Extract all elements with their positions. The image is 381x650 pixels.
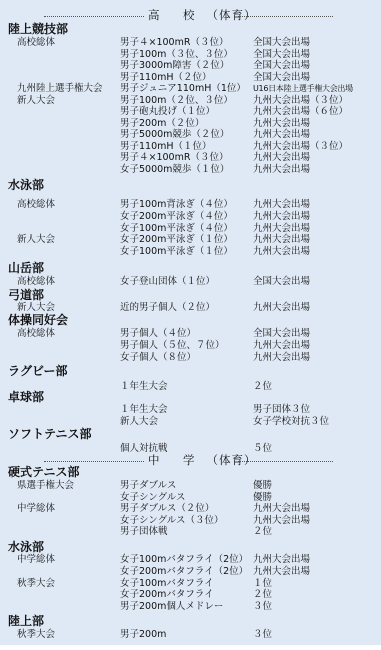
meet-name: 秋季大会 xyxy=(17,578,55,590)
event-name: 男子110mH（２位） xyxy=(120,72,212,84)
meet-name: 中学総体 xyxy=(17,503,55,515)
result-text: 九州大会出場 xyxy=(253,234,310,246)
club-heading: 卓球部 xyxy=(8,390,44,404)
club-heading: 硬式テニス部 xyxy=(8,465,80,479)
event-name: 女子個人（８位） xyxy=(120,352,196,364)
event-name: 女子登山団体（１位） xyxy=(120,276,215,288)
result-text: 九州大会出場 xyxy=(253,118,310,130)
result-text: 全国大会出場 xyxy=(253,72,310,84)
event-name: 男子200m xyxy=(120,629,166,641)
results-page: 高 校（体育） 陸上競技部 高校総体男子４×100mR（３位）全国大会出場 男子… xyxy=(0,0,381,645)
result-row: 高校総体男子４×100mR（３位）全国大会出場 xyxy=(0,37,381,49)
result-row: 女子100m平泳ぎ（１位）九州大会出場 xyxy=(0,246,381,258)
result-row: 九州陸上選手権大会男子ジュニア110mH（1位）U16日本陸上選手権大会出場 xyxy=(0,83,381,95)
result-row: 秋季大会男子200m３位 xyxy=(0,629,381,641)
result-row: 女子200m平泳ぎ（４位）九州大会出場 xyxy=(0,211,381,223)
event-name: 男子ダブルス（２位） xyxy=(120,503,214,515)
event-name: 女子100mバタフライ（2位） xyxy=(120,554,248,566)
result-row: 女子200mバタフライ２位 xyxy=(0,589,381,601)
meet-name: 新人大会 xyxy=(17,234,55,246)
result-row: 高校総体男子100m背泳ぎ（４位）九州大会出場 xyxy=(0,199,381,211)
result-row: 男子団体戦２位 xyxy=(0,526,381,538)
meet-name: 高校総体 xyxy=(17,37,55,49)
meet-name: 高校総体 xyxy=(17,328,55,340)
event-name: 男子ダブルス xyxy=(120,480,176,492)
result-text: 全国大会出場 xyxy=(253,60,310,72)
result-row: 男子200m（２位）九州大会出場 xyxy=(0,118,381,130)
result-row: 男子砲丸投げ（１位）九州大会出場（６位） xyxy=(0,106,381,118)
section-title: 高 校（体育） xyxy=(148,8,257,22)
section-header-high-school: 高 校（体育） xyxy=(0,8,381,22)
event-name: 女子200mバタフライ（2位） xyxy=(120,566,248,578)
result-row: 女子100m平泳ぎ（４位）九州大会出場 xyxy=(0,223,381,235)
event-name: 男子団体戦 xyxy=(120,526,168,538)
result-text: 優勝 xyxy=(253,492,272,504)
event-name: 女子100mバタフライ xyxy=(120,578,214,590)
result-row: 県選手権大会男子ダブルス優勝 xyxy=(0,480,381,492)
result-text: 九州大会出場 xyxy=(253,211,310,223)
event-name: 男子100m背泳ぎ（４位） xyxy=(120,199,233,211)
result-row: 新人大会女子200m平泳ぎ（１位）九州大会出場 xyxy=(0,234,381,246)
result-text: 九州大会出場（６位） xyxy=(253,106,348,118)
result-text: 全国大会出場 xyxy=(253,37,310,49)
result-text: 九州大会出場 xyxy=(253,199,310,211)
dotted-leader-right xyxy=(238,16,333,17)
meet-name: 秋季大会 xyxy=(17,629,55,641)
result-text: U16日本陸上選手権大会出場 xyxy=(253,83,353,95)
result-row: 男子個人（５位、７位）九州大会出場 xyxy=(0,340,381,352)
meet-name: 高校総体 xyxy=(17,199,55,211)
event-name: 男子100m（３位、３位） xyxy=(120,49,233,61)
result-row: 男子110mH（２位）全国大会出場 xyxy=(0,72,381,84)
result-text: 男子団体３位 xyxy=(253,404,310,416)
club-heading: ラグビー部 xyxy=(8,364,68,378)
result-row: 女子200mバタフライ（2位）九州大会出場 xyxy=(0,566,381,578)
event-name: 男子5000m競歩（２位） xyxy=(120,129,229,141)
club-heading: 陸上部 xyxy=(8,614,44,628)
result-text: 九州大会出場 xyxy=(253,164,310,176)
result-text: 九州大会出場 xyxy=(253,503,310,515)
result-row: 男子3000m障害（２位）全国大会出場 xyxy=(0,60,381,72)
result-text: 九州大会出場 xyxy=(253,515,310,527)
result-row: 男子100m（３位、３位）全国大会出場 xyxy=(0,49,381,61)
result-row: 中学総体女子100mバタフライ（2位）九州大会出場 xyxy=(0,554,381,566)
event-name: 近的男子個人（２位） xyxy=(120,302,215,314)
result-text: 九州大会出場 xyxy=(253,152,310,164)
result-row: 高校総体男子個人（４位）全国大会出場 xyxy=(0,328,381,340)
meet-name: 高校総体 xyxy=(17,276,55,288)
result-text: 九州大会出場 xyxy=(253,129,310,141)
event-name: 女子200m平泳ぎ（１位） xyxy=(120,234,233,246)
result-row: 女子シングルス優勝 xyxy=(0,492,381,504)
result-row: 男子４×100mR（３位）九州大会出場 xyxy=(0,152,381,164)
event-name: 男子ジュニア110mH（1位） xyxy=(120,83,246,95)
result-text: ２位 xyxy=(253,526,272,538)
result-text: 優勝 xyxy=(253,480,272,492)
result-text: 九州大会出場 xyxy=(253,302,310,314)
event-name: 男子４×100mR（３位） xyxy=(120,152,228,164)
result-text: 九州大会出場（３位） xyxy=(253,141,348,153)
result-row: 新人大会男子100m（２位、３位）九州大会出場（３位） xyxy=(0,95,381,107)
event-name: 女子200m平泳ぎ（４位） xyxy=(120,211,233,223)
result-row: 男子5000m競歩（２位）九州大会出場 xyxy=(0,129,381,141)
result-row: 女子シングルス（３位）九州大会出場 xyxy=(0,515,381,527)
event-name: 女子100m平泳ぎ（１位） xyxy=(120,246,233,258)
result-row: 男子200m個人メドレー３位 xyxy=(0,601,381,613)
event-name: 男子110mH（１位） xyxy=(120,141,212,153)
result-row: 中学総体男子ダブルス（２位）九州大会出場 xyxy=(0,503,381,515)
result-row: 女子個人（８位）九州大会出場 xyxy=(0,352,381,364)
event-name: 新人大会 xyxy=(120,416,158,428)
dotted-leader-left xyxy=(44,461,144,462)
club-heading: 水泳部 xyxy=(8,540,44,554)
dotted-leader-left xyxy=(44,16,144,17)
result-row: 秋季大会女子100mバタフライ１位 xyxy=(0,578,381,590)
meet-name: 新人大会 xyxy=(17,95,55,107)
result-text: ３位 xyxy=(253,601,272,613)
event-name: 男子200m個人メドレー xyxy=(120,601,223,613)
dotted-leader-right xyxy=(238,461,333,462)
result-text: 九州大会出場 xyxy=(253,246,310,258)
result-row: １年生大会男子団体３位 xyxy=(0,404,381,416)
result-text: 全国大会出場 xyxy=(253,49,310,61)
result-text: 女子学校対抗３位 xyxy=(253,416,329,428)
event-name: 女子シングルス（３位） xyxy=(120,515,224,527)
result-text: 九州大会出場 xyxy=(253,223,310,235)
result-text: 全国大会出場 xyxy=(253,276,310,288)
club-heading: 弓道部 xyxy=(8,288,44,302)
meet-name: 中学総体 xyxy=(17,554,55,566)
event-name: 男子４×100mR（３位） xyxy=(120,37,228,49)
club-heading: ソフトテニス部 xyxy=(8,427,92,441)
result-text: ３位 xyxy=(253,629,272,641)
result-text: ２位 xyxy=(253,589,272,601)
club-heading: 山岳部 xyxy=(8,261,44,275)
result-text: 全国大会出場 xyxy=(253,328,310,340)
event-name: 男子200m（２位） xyxy=(120,118,204,130)
result-text: 九州大会出場 xyxy=(253,554,310,566)
event-name: 女子シングルス xyxy=(120,492,186,504)
meet-name: 県選手権大会 xyxy=(17,480,74,492)
result-row: 女子5000m競歩（１位）九州大会出場 xyxy=(0,164,381,176)
result-row: １年生大会２位 xyxy=(0,381,381,393)
event-name: 男子100m（２位、３位） xyxy=(120,95,233,107)
event-name: １年生大会 xyxy=(120,404,168,416)
result-row: 男子110mH（１位）九州大会出場（３位） xyxy=(0,141,381,153)
club-heading: 水泳部 xyxy=(8,178,44,192)
result-row: 高校総体女子登山団体（１位）全国大会出場 xyxy=(0,276,381,288)
event-name: 女子200mバタフライ xyxy=(120,589,214,601)
section-title: 中 学（体育） xyxy=(148,453,257,467)
result-text: 九州大会出場 xyxy=(253,566,310,578)
result-text: １位 xyxy=(253,578,272,590)
meet-name: 九州陸上選手権大会 xyxy=(17,83,103,95)
result-text: ２位 xyxy=(253,381,272,393)
result-text: 九州大会出場 xyxy=(253,340,310,352)
club-heading: 陸上競技部 xyxy=(8,22,68,36)
event-name: １年生大会 xyxy=(120,381,168,393)
event-name: 男子個人（５位、７位） xyxy=(120,340,225,352)
club-heading: 体操同好会 xyxy=(8,313,68,327)
result-text: 九州大会出場 xyxy=(253,352,310,364)
event-name: 女子100m平泳ぎ（４位） xyxy=(120,223,233,235)
result-text: 九州大会出場（３位） xyxy=(253,95,348,107)
event-name: 男子3000m障害（２位） xyxy=(120,60,229,72)
event-name: 女子5000m競歩（１位） xyxy=(120,164,229,176)
event-name: 男子砲丸投げ（１位） xyxy=(120,106,215,118)
event-name: 男子個人（４位） xyxy=(120,328,196,340)
